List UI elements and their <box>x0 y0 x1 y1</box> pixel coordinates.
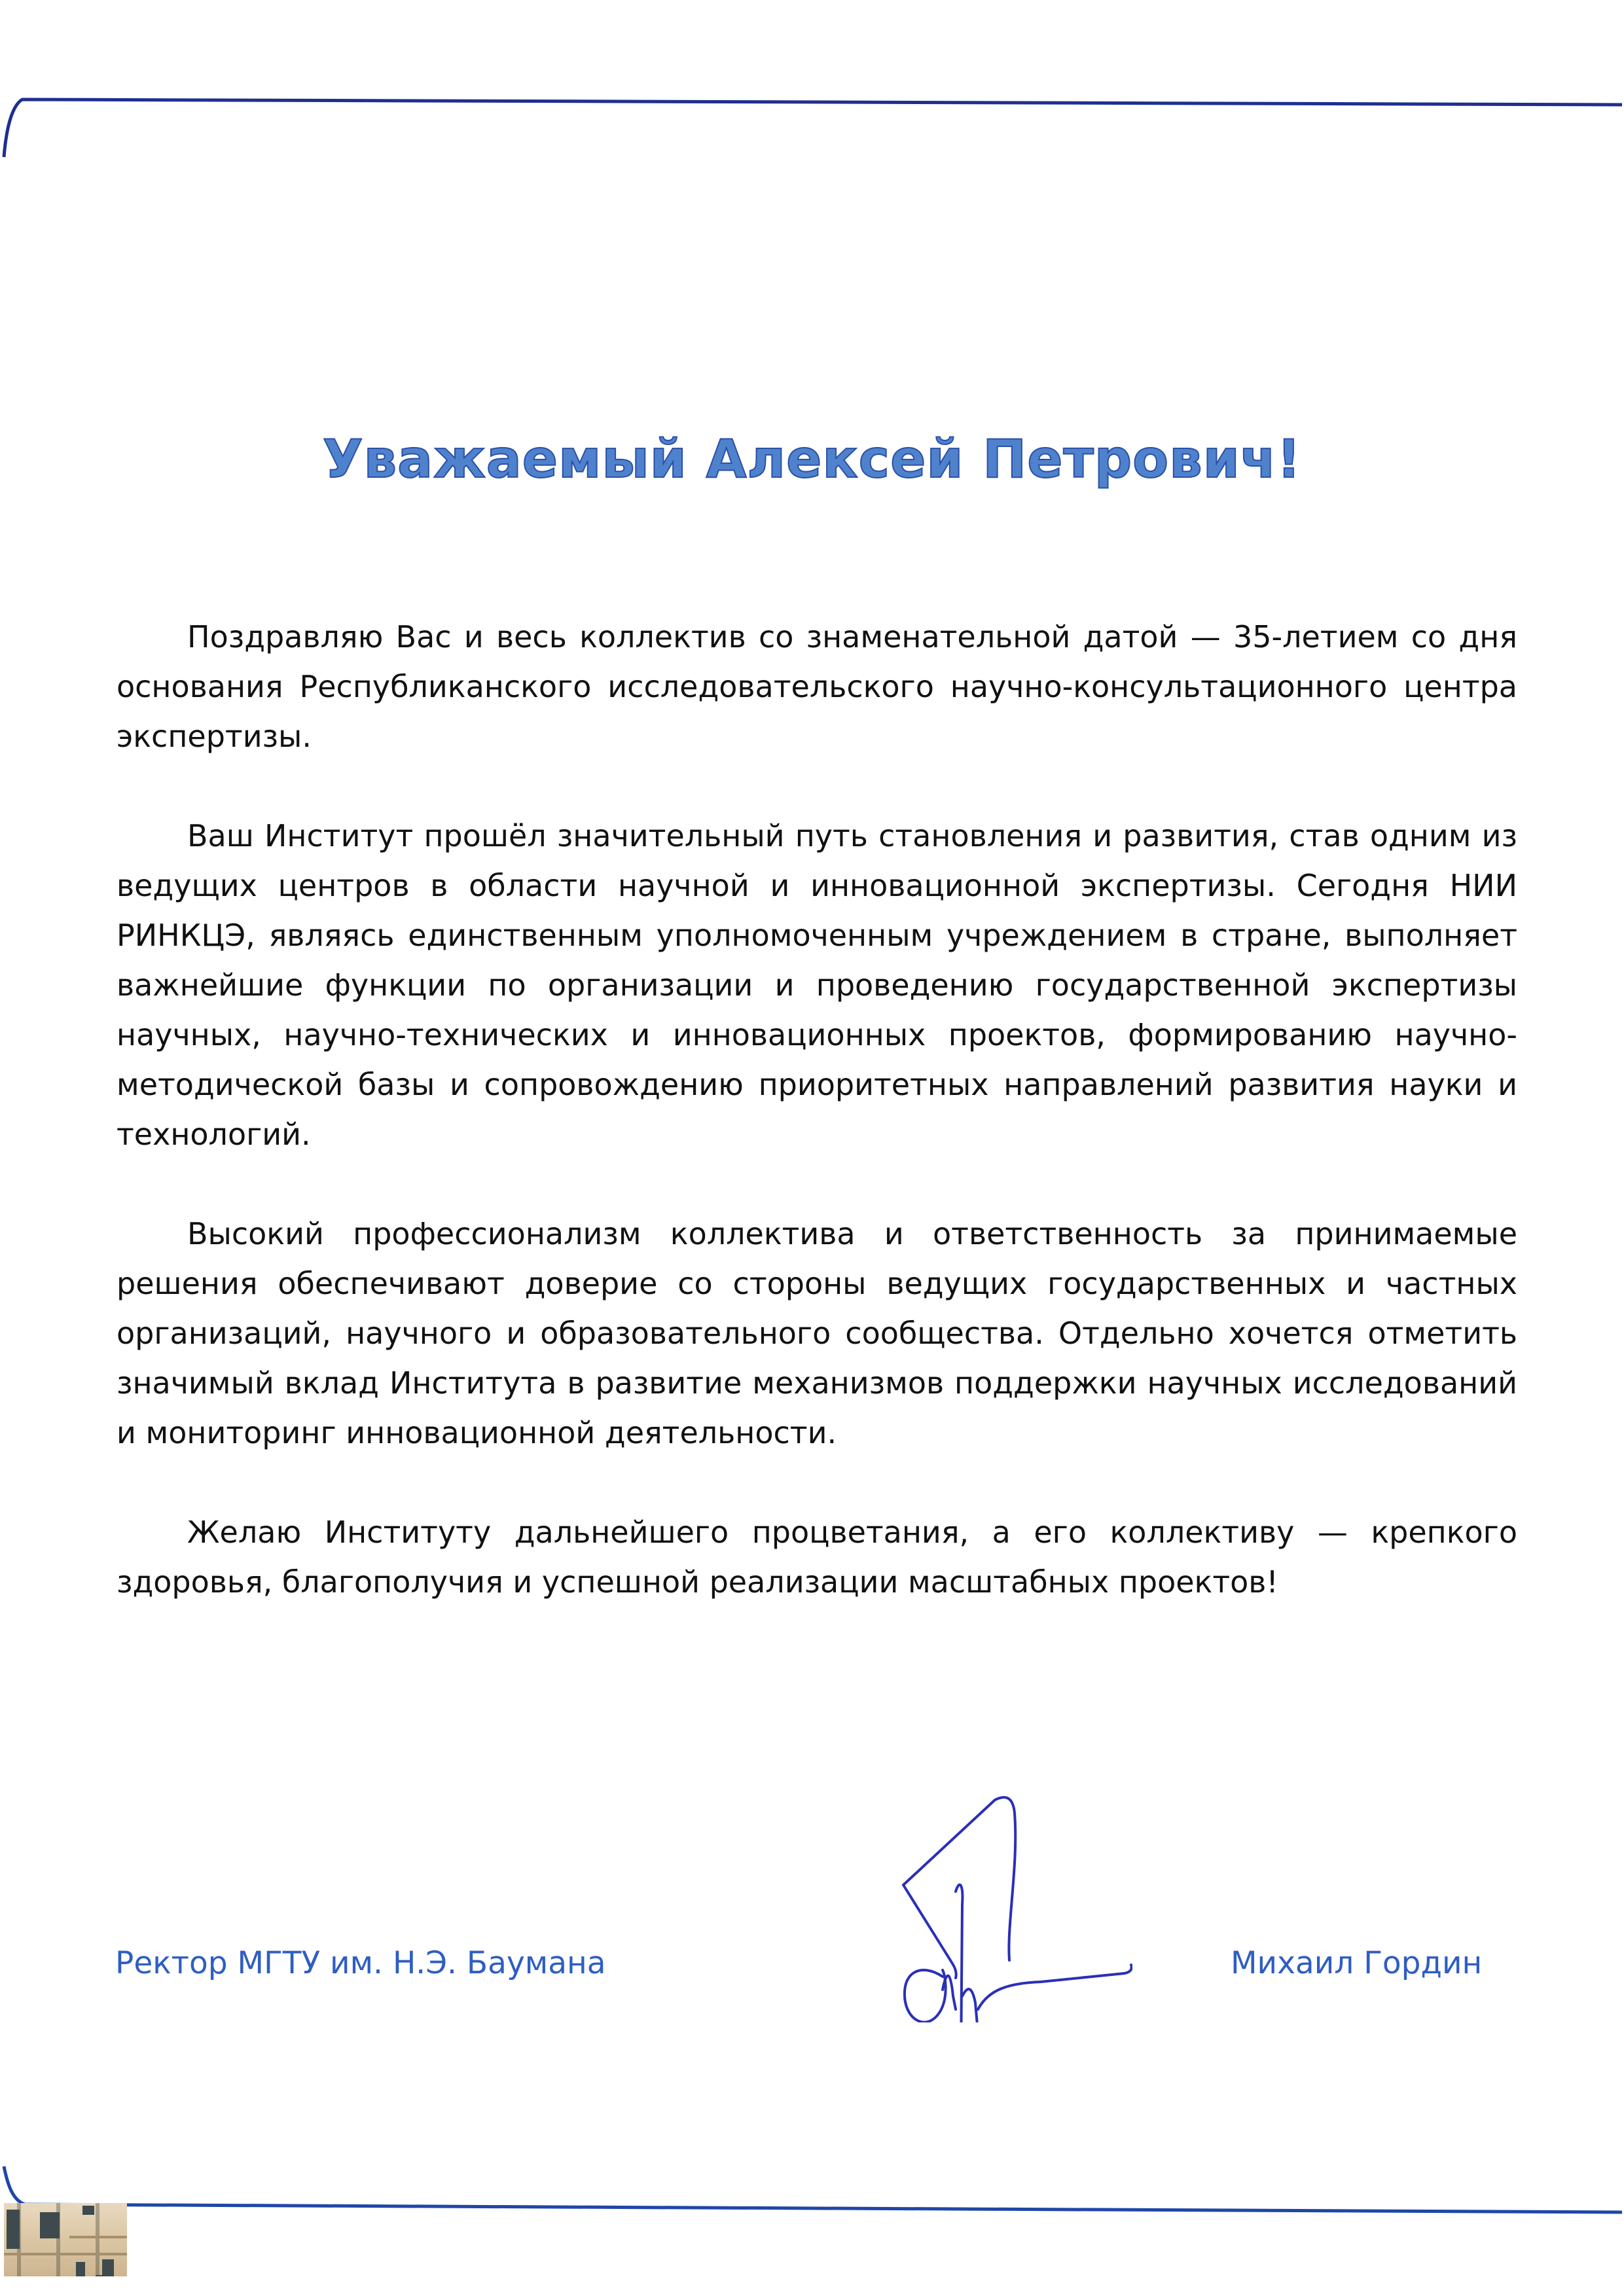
paragraph-congratulation: Поздравляю Вас и весь коллектив со знаме… <box>117 612 1517 761</box>
letter-body: Поздравляю Вас и весь коллектив со знаме… <box>117 612 1517 1657</box>
top-frame-line <box>4 99 1622 157</box>
salutation-heading: Уважаемый Алексей Петрович! <box>0 429 1624 490</box>
signatory-position: Ректор МГТУ им. Н.Э. Баумана <box>115 1945 606 1981</box>
building-photo <box>4 2203 127 2276</box>
bottom-frame-line <box>4 2166 1622 2212</box>
paragraph-professionalism: Высокий профессионализм коллектива и отв… <box>117 1209 1517 1458</box>
handwritten-signature <box>857 1774 1132 2022</box>
signatory-name: Михаил Гордин <box>1231 1945 1482 1981</box>
paragraph-institute-path: Ваш Институт прошёл значительный путь ст… <box>117 811 1517 1159</box>
paragraph-wishes: Желаю Институту дальнейшего процветания,… <box>117 1507 1517 1607</box>
